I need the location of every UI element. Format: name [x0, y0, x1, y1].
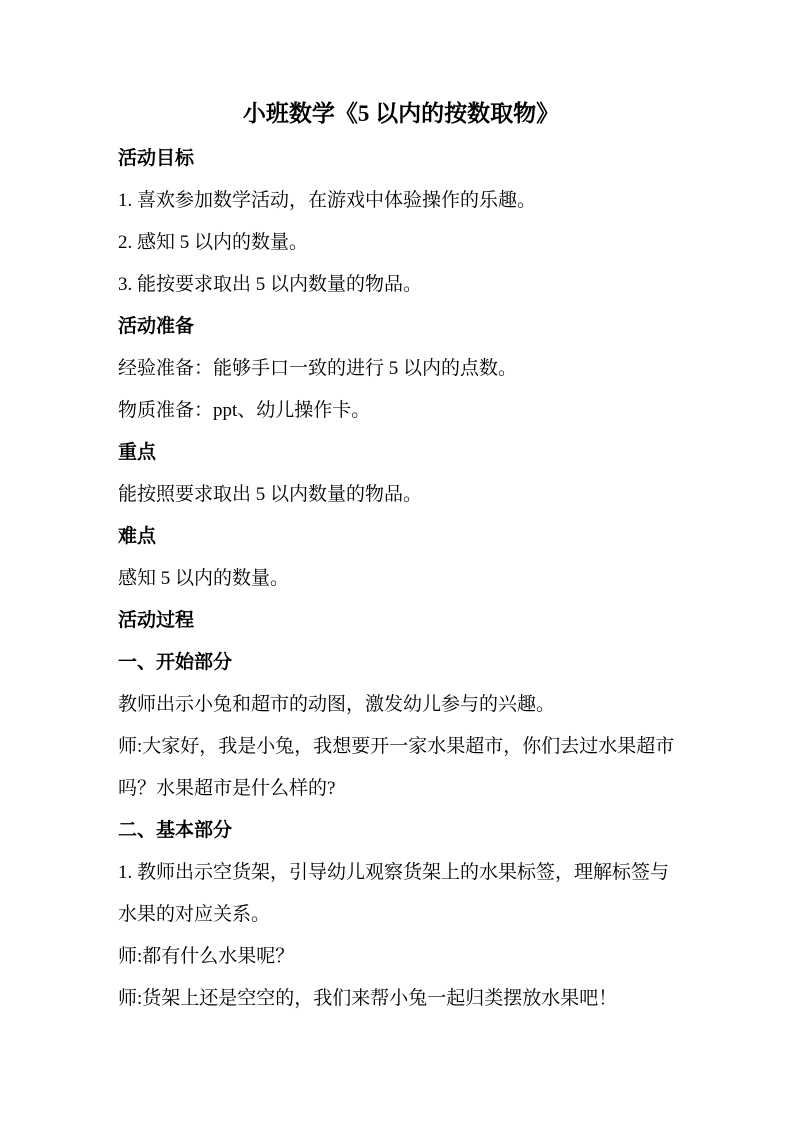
paragraph-material-preparation: 物质准备：ppt、幼儿操作卡。 [118, 390, 684, 432]
paragraph-experience-preparation: 经验准备：能够手口一致的进行 5 以内的点数。 [118, 348, 684, 390]
paragraph-teacher-quote-1: 师:大家好，我是小兔，我想要开一家水果超市，你们去过水果超市 吗？水果超市是什么… [118, 726, 684, 810]
document-title: 小班数学《5 以内的按数取物》 [118, 90, 684, 138]
paragraph-goal-3: 3. 能按要求取出 5 以内数量的物品。 [118, 264, 684, 306]
heading-part-one-beginning: 一、开始部分 [118, 642, 684, 684]
paragraph-part-two-step-1: 1. 教师出示空货架，引导幼儿观察货架上的水果标签，理解标签与 水果的对应关系。 [118, 852, 684, 936]
heading-activity-preparation: 活动准备 [118, 306, 684, 348]
heading-part-two-basic: 二、基本部分 [118, 810, 684, 852]
paragraph-teacher-quote-3: 师:货架上还是空空的，我们来帮小兔一起归类摆放水果吧！ [118, 978, 684, 1020]
heading-difficult-point: 难点 [118, 516, 684, 558]
paragraph-key-point: 能按照要求取出 5 以内数量的物品。 [118, 474, 684, 516]
paragraph-teacher-quote-2: 师:都有什么水果呢？ [118, 936, 684, 978]
heading-activity-process: 活动过程 [118, 600, 684, 642]
paragraph-difficult-point: 感知 5 以内的数量。 [118, 558, 684, 600]
paragraph-part-one-intro: 教师出示小兔和超市的动图，激发幼儿参与的兴趣。 [118, 684, 684, 726]
heading-key-point: 重点 [118, 432, 684, 474]
document-page: 小班数学《5 以内的按数取物》 活动目标 1. 喜欢参加数学活动，在游戏中体验操… [0, 0, 794, 1123]
paragraph-goal-2: 2. 感知 5 以内的数量。 [118, 222, 684, 264]
paragraph-goal-1: 1. 喜欢参加数学活动，在游戏中体验操作的乐趣。 [118, 180, 684, 222]
heading-activity-goals: 活动目标 [118, 138, 684, 180]
